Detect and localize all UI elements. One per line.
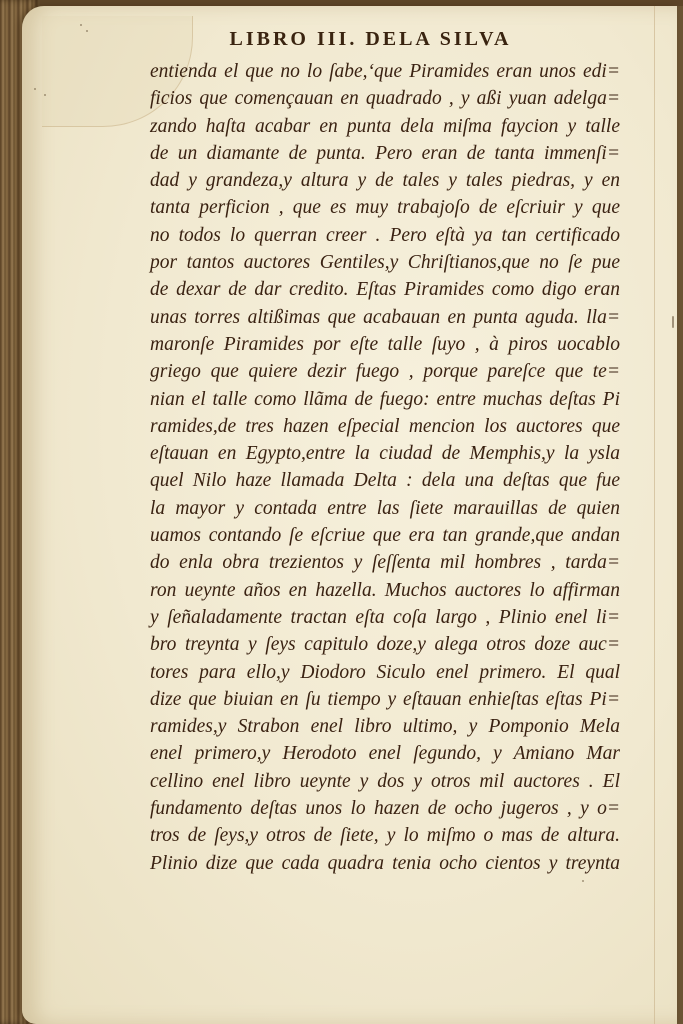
- text-line: nian el talle como llãma de fuego: entre…: [150, 386, 620, 413]
- text-line: la mayor y contada entre las ſiete marau…: [150, 495, 620, 522]
- text-line: Plinio dize que cada quadra tenia ocho c…: [150, 850, 620, 877]
- text-line: dad y grandeza,y altura y de tales y tal…: [150, 167, 620, 194]
- text-line: do enla obra trezientos y ſeſſenta mil h…: [150, 549, 620, 576]
- ink-speck: [582, 880, 584, 882]
- text-line: entienda el que no lo ſabe,ʻque Piramide…: [150, 58, 620, 85]
- text-line: tanta perficion , que es muy trabajoſo d…: [150, 194, 620, 221]
- text-line: maronſe Piramides por eſte talle ſuyo , …: [150, 331, 620, 358]
- page-fold-line: [654, 6, 655, 1024]
- ink-speck: [44, 94, 46, 96]
- ink-speck: [80, 24, 82, 26]
- text-line: ramides,de tres hazen eſpecial mencion l…: [150, 413, 620, 440]
- running-header: LIBRO III. DELA SILVA: [0, 28, 683, 51]
- ink-speck: [34, 88, 36, 90]
- running-header-text: LIBRO III. DELA SILVA: [172, 28, 512, 50]
- text-line: de un diamante de punta. Pero eran de ta…: [150, 140, 620, 167]
- text-line: zando haſta acabar en punta dela miſma f…: [150, 113, 620, 140]
- text-line: eſtauan en Egypto,entre la ciudad de Mem…: [150, 440, 620, 467]
- text-line: griego que quiere dezir fuego , porque p…: [150, 358, 620, 385]
- text-line: ficios que començauan en quadrado , y aß…: [150, 85, 620, 112]
- text-line: cellino enel libro ueynte y dos y otros …: [150, 768, 620, 795]
- text-line: por tantos auctores Gentiles,y Chriſtian…: [150, 249, 620, 276]
- text-line: quel Nilo haze llamada Delta : dela una …: [150, 467, 620, 494]
- text-line: unas torres altißimas que acabauan en pu…: [150, 304, 620, 331]
- text-line: y ſeñaladamente tractan eſta coſa largo …: [150, 604, 620, 631]
- text-line: bro treynta y ſeys capitulo doze,y alega…: [150, 631, 620, 658]
- text-line: tores para ello,y Diodoro Siculo enel pr…: [150, 659, 620, 686]
- text-line: ramides,y Strabon enel libro ultimo, y P…: [150, 713, 620, 740]
- text-line: fundamento deſtas unos lo hazen de ocho …: [150, 795, 620, 822]
- text-line: uamos contando ſe eſcriue que era tan gr…: [150, 522, 620, 549]
- text-line: de dexar de dar credito. Eſtas Piramides…: [150, 276, 620, 303]
- text-line: enel primero,y Herodoto enel ſegundo, y …: [150, 740, 620, 767]
- text-line: dize que biuian en ſu tiempo y eſtauan e…: [150, 686, 620, 713]
- text-line: no todos lo querran creer . Pero eſtà ya…: [150, 222, 620, 249]
- text-line: tros de ſeys,y otros de ſiete, y lo miſm…: [150, 822, 620, 849]
- text-line: ron ueynte años en hazella. Muchos aucto…: [150, 577, 620, 604]
- body-text: entienda el que no lo ſabe,ʻque Piramide…: [150, 58, 620, 877]
- ink-mark: [672, 316, 674, 328]
